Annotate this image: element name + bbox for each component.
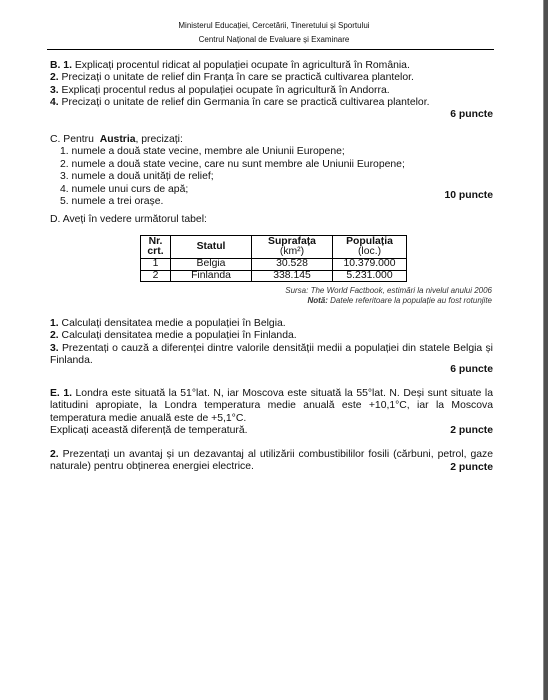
col-header-suprafata: Suprafața(km²)	[252, 236, 333, 259]
section-b-points: 6 puncte	[450, 109, 493, 120]
table-header-row: Nr.crt. Statul Suprafața(km²) Populația(…	[141, 236, 407, 259]
table-row: 2 Finlanda 338.145 5.231.000	[141, 270, 407, 282]
cell-populatia: 10.379.000	[333, 259, 407, 271]
section-b-item-3: 3. Explicați procentul redus al populați…	[50, 85, 493, 97]
section-d-intro: D. Aveți în vedere următorul tabel:	[50, 214, 493, 226]
section-c: C. Pentru Austria, precizați: 1. numele …	[50, 134, 493, 208]
section-d-points: 6 puncte	[450, 364, 493, 375]
cell-suprafata: 30.528	[252, 259, 333, 271]
col-header-populatia: Populația(loc.)	[333, 236, 407, 259]
header-center: Centrul Național de Evaluare și Examinar…	[0, 35, 548, 44]
section-c-item-1: 1. numele a două state vecine, membre al…	[50, 146, 493, 158]
table-source: Sursa: The World Factbook, estimări la n…	[285, 286, 492, 295]
section-d-item-3: 3. Prezentați o cauză a diferenței dintr…	[50, 343, 493, 368]
table-note: Notă: Datele referitoare la populație au…	[307, 296, 492, 305]
col-header-nr: Nr.crt.	[141, 236, 171, 259]
section-c-item-4: 4. numele unui curs de apă;	[50, 184, 493, 196]
section-d-questions: 1. Calculați densitatea medie a populați…	[50, 318, 493, 368]
section-d-item-2: 2. Calculați densitatea medie a populați…	[50, 330, 493, 342]
section-b: B. 1. Explicați procentul ridicat al pop…	[50, 60, 493, 110]
section-c-item-2: 2. numele a două state vecine, care nu s…	[50, 159, 493, 171]
section-e-q2: 2. Prezentați un avantaj și un dezavanta…	[50, 449, 493, 474]
section-e-q1-task: Explicați această diferență de temperatu…	[50, 425, 493, 437]
header-divider	[47, 49, 494, 50]
cell-nr: 1	[141, 259, 171, 271]
section-e-q1-points: 2 puncte	[450, 425, 493, 436]
col-header-statul: Statul	[171, 236, 252, 259]
section-e-q1: E. 1. Londra este situată la 51°lat. N, …	[50, 388, 493, 438]
cell-statul: Belgia	[171, 259, 252, 271]
section-e-q2-text: 2. Prezentați un avantaj și un dezavanta…	[50, 449, 493, 474]
page-edge-shadow	[543, 0, 548, 700]
section-c-intro: C. Pentru Austria, precizați:	[50, 134, 493, 146]
table-row: 1 Belgia 30.528 10.379.000	[141, 259, 407, 271]
section-b-item-4: 4. Precizați o unitate de relief din Ger…	[50, 97, 493, 109]
section-d-item-1: 1. Calculați densitatea medie a populați…	[50, 318, 493, 330]
section-c-item-5: 5. numele a trei orașe.	[50, 196, 493, 208]
cell-populatia: 5.231.000	[333, 270, 407, 282]
section-e-q2-points: 2 puncte	[444, 462, 493, 473]
population-table: Nr.crt. Statul Suprafața(km²) Populația(…	[140, 235, 407, 282]
section-e-q1-text: E. 1. Londra este situată la 51°lat. N, …	[50, 388, 493, 425]
section-b-item-1: B. 1. Explicați procentul ridicat al pop…	[50, 60, 493, 72]
cell-statul: Finlanda	[171, 270, 252, 282]
section-c-item-3: 3. numele a două unități de relief;	[50, 171, 493, 183]
cell-nr: 2	[141, 270, 171, 282]
section-c-points: 10 puncte	[444, 190, 493, 201]
header-ministry: Ministerul Educației, Cercetării, Tinere…	[0, 21, 548, 30]
cell-suprafata: 338.145	[252, 270, 333, 282]
section-b-item-2: 2. Precizați o unitate de relief din Fra…	[50, 72, 493, 84]
